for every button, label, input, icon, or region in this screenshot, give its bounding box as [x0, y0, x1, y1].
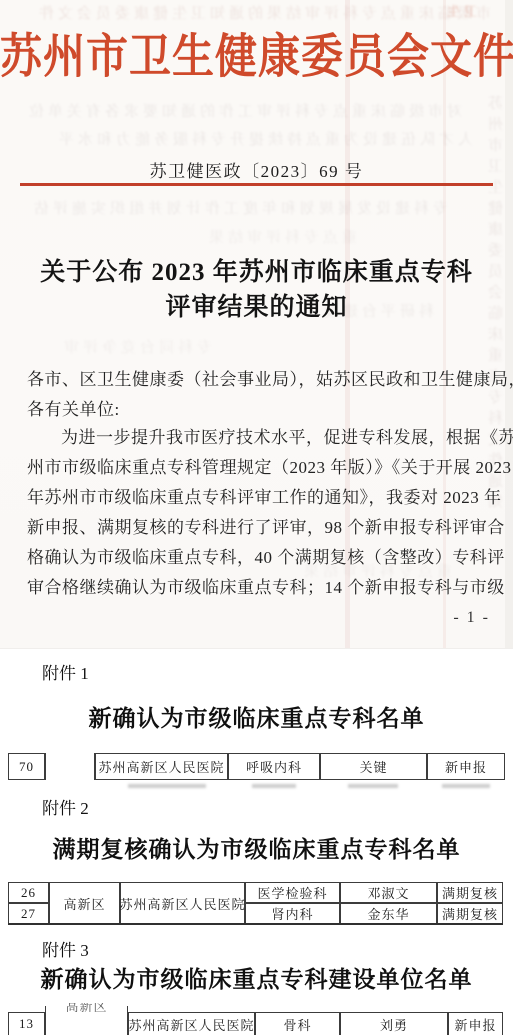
attachment2-title: 满期复核确认为市级临床重点专科名单 — [0, 831, 513, 864]
table-cell-leader: 关键 — [320, 753, 427, 780]
table-cell-leader: 邓淑文 — [340, 882, 437, 903]
body-text-line: 为进一步提升我市医疗技术水平，促进专科发展，根据《苏 — [27, 423, 513, 448]
cropped-row-fragment — [128, 784, 206, 788]
table-cell-leader: 刘勇 — [340, 1012, 448, 1035]
table-cell-seq: 70 — [8, 753, 45, 780]
page-number: - 1 - — [453, 609, 490, 627]
salutation-line: 各市、区卫生健康委（社会事业局），姑苏区民政和卫生健康局， — [27, 365, 513, 390]
attachment1-table: 70 苏州高新区人民医院 呼吸内科 关键 新申报 — [0, 753, 513, 793]
body-text-line: 新申报、满期复核的专科进行了评审，98 个新申报专科评审合 — [27, 513, 505, 538]
document-scan: 市级临床重点专科评审结果的通知卫生健康委员会文件 对市级临床重点专科评审工作的通… — [0, 0, 513, 1035]
cropped-row-fragment — [348, 784, 398, 788]
document-number: 苏卫健医政〔2023〕69 号 — [0, 157, 513, 182]
table-cell-hospital: 苏州高新区人民医院 — [120, 882, 245, 924]
table-cell-apply-type: 满期复核 — [437, 903, 503, 924]
table-cell-department: 呼吸内科 — [228, 753, 320, 780]
attachment1-title: 新确认为市级临床重点专科名单 — [0, 700, 513, 733]
body-text-line: 年苏州市市级临床重点专科评审工作的通知》，我委对 2023 年 — [27, 483, 502, 508]
table-cell-region — [45, 1006, 128, 1035]
table-cell-seq: 26 — [8, 882, 49, 903]
table-cell-apply-type: 新申报 — [427, 753, 505, 780]
table-cell-apply-type: 新申报 — [448, 1012, 503, 1035]
attachment3-title: 新确认为市级临床重点专科建设单位名单 — [0, 961, 513, 994]
table-cell-apply-type: 满期复核 — [437, 882, 503, 903]
table-cell-department: 肾内科 — [245, 903, 340, 924]
table-cell-region: 高新区 — [49, 882, 120, 924]
table-cell-leader: 金东华 — [340, 903, 437, 924]
attachment1-label: 附件 1 — [42, 659, 89, 684]
print-through-corner-mark: 卫生 — [443, 1, 477, 20]
notice-title-line2: 评审结果的通知 — [0, 287, 513, 323]
print-through-text: 专科建设发展规划和年度工作计划并组织实施评估 — [30, 197, 448, 218]
cropped-row-fragment — [442, 784, 490, 788]
attachment3-label: 附件 3 — [42, 936, 89, 961]
table-cell-hospital: 苏州高新区人民医院 — [128, 1012, 255, 1035]
attachment3-table: 高新区 13 苏州高新区人民医院 骨科 刘勇 新申报 — [0, 1000, 513, 1035]
table-cell-department: 医学检验科 — [245, 882, 340, 903]
letterhead-title: 苏州市卫生健康委员会文件 — [0, 20, 513, 87]
salutation-line: 各有关单位: — [27, 395, 120, 420]
table-bottom-border — [8, 923, 503, 925]
attachment2-label: 附件 2 — [42, 794, 89, 819]
print-through-text: 人才队伍建设为重点持续提升专科服务能力和水平 — [55, 128, 473, 149]
print-through-text: 重点专科评审结果 — [205, 226, 357, 247]
print-through-text: 对市级临床重点专科评审工作的通知要求各有关单位 — [25, 100, 462, 121]
red-divider-line — [20, 183, 493, 186]
notice-page: 市级临床重点专科评审结果的通知卫生健康委员会文件 对市级临床重点专科评审工作的通… — [0, 0, 513, 649]
table-cell-department: 骨科 — [255, 1012, 340, 1035]
attachment2-table: 26 27 高新区 苏州高新区人民医院 医学检验科 肾内科 邓淑文 金东华 满期… — [0, 882, 513, 928]
print-through-text: 专科同台竞争评审 — [60, 336, 212, 357]
body-text-line: 审合格继续确认为市级临床重点专科；14 个新申报专科与市级 — [27, 573, 505, 598]
body-text-line: 格确认为市级临床重点专科，40 个满期复核（含整改）专科评 — [27, 543, 505, 568]
table-cell-hospital: 苏州高新区人民医院 — [95, 753, 228, 780]
table-cell-region — [45, 753, 95, 780]
notice-title-line1: 关于公布 2023 年苏州市临床重点专科 — [0, 252, 513, 288]
table-cell-seq: 13 — [8, 1012, 45, 1035]
table-cell-seq: 27 — [8, 903, 49, 924]
body-text-line: 州市市级临床重点专科管理规定（2023 年版）》《关于开展 2023 — [27, 453, 512, 478]
cropped-row-fragment — [252, 784, 296, 788]
